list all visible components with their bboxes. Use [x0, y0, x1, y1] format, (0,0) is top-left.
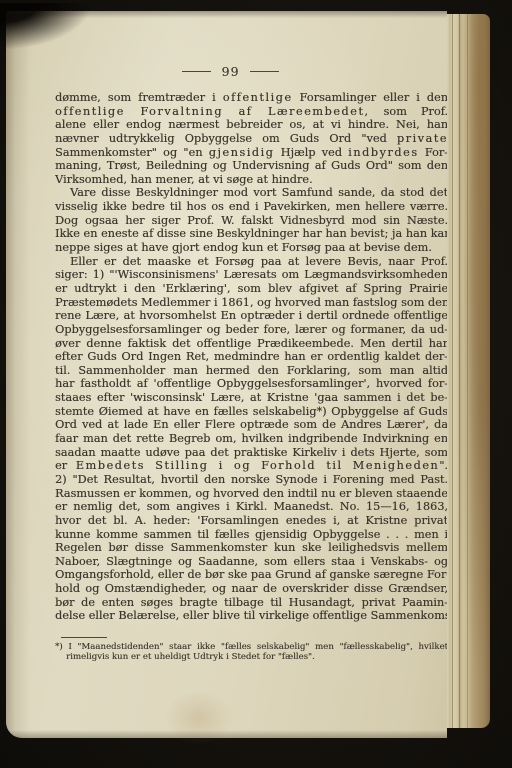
body-line: til. Sammenholder man hermed den Forklar… — [55, 364, 448, 378]
body-line: hold og Omstændigheder, og naar de overs… — [55, 582, 448, 596]
body-line: Præstemødets Medlemmer i 1861, og hvorve… — [55, 296, 448, 310]
footnote-line: rimeligvis kun er et uheldigt Udtryk i S… — [55, 652, 448, 662]
body-line: Sammenkomster" og "en gjensidig Hjælp ve… — [55, 146, 448, 160]
page-header: 99 — [34, 64, 427, 79]
body-line: visselig ikke bedre til hos os end i Pav… — [55, 200, 448, 214]
body-line: alene eller endog nærmest bebreider os, … — [55, 118, 448, 132]
page-edge-line — [467, 14, 468, 728]
footnote-line: *) I "Maanedstidenden" staar ikke "fælle… — [55, 642, 448, 652]
body-line: bør de enten søges bragte tilbage til Hu… — [55, 596, 448, 610]
page-edge-line — [452, 14, 453, 728]
page-edge-line — [459, 14, 460, 728]
body-line: Opbyggelsesforsamlinger og beder fore, l… — [55, 323, 448, 337]
body-line: hvor det bl. A. heder: 'Forsamlingen ene… — [55, 514, 448, 528]
body-line: maning, Trøst, Beiledning og Undervisnin… — [55, 159, 448, 173]
body-line: nævner udtrykkelig Opbyggelse om Guds Or… — [55, 132, 448, 146]
body-line: neppe siges at have gjort endog kun et F… — [55, 241, 448, 255]
body-line: 2) "Det Resultat, hvortil den norske Syn… — [55, 473, 448, 487]
body-line: efter Guds Ord Ingen Ret, medmindre han … — [55, 350, 448, 364]
body-line: delse eller Belærelse, eller blive til v… — [55, 609, 448, 623]
body-line: siger: 1) "'Wisconsinismens' Læresats om… — [55, 268, 448, 282]
body-line: Naboer, Slægtninge og Saadanne, som elle… — [55, 555, 448, 569]
body-line: kunne komme sammen til fælles gjensidig … — [55, 528, 448, 542]
paper-stain — [164, 691, 234, 745]
body-line: Ikke en eneste af disse sine Beskyldning… — [55, 227, 448, 241]
body-line: rene Lære, at hvorsomhelst En optræder i… — [55, 309, 448, 323]
footnote-rule — [61, 637, 107, 638]
body-line: Eller er det maaske et Forsøg paa at lev… — [55, 255, 448, 269]
body-line: Virksomhed, han mener, at vi søge at hin… — [55, 173, 448, 187]
body-line: Regelen bør disse Sammenkomster kun ske … — [55, 541, 448, 555]
body-line: har fastholdt af 'offentlige Opbyggelses… — [55, 377, 448, 391]
body-line: stemte Øiemed at have en fælles selskabe… — [55, 405, 448, 419]
body-line: staaes efter 'wisconsinsk' Lære, at Kris… — [55, 391, 448, 405]
body-line: er Embedets Stilling i og Forhold til Me… — [55, 459, 448, 473]
text-block: 99 dømme, som fremtræder i offentlige Fo… — [55, 64, 448, 663]
corner-shadow — [0, 3, 90, 49]
body-line: Ord ved at lade En eller Flere optræde s… — [55, 418, 448, 432]
page-surface: 99 dømme, som fremtræder i offentlige Fo… — [6, 11, 447, 738]
body-line: Rasmussen er kommen, og hvorved den indt… — [55, 487, 448, 501]
book-photo: 99 dømme, som fremtræder i offentlige Fo… — [0, 0, 512, 768]
body-line: øver denne faktisk det offentlige Prædik… — [55, 337, 448, 351]
body-text: dømme, som fremtræder i offentlige Forsa… — [55, 91, 448, 623]
body-line: Omgangsforhold, eller de bør ske paa Gru… — [55, 568, 448, 582]
body-line: Dog ogsaa her siger Prof. W. falskt Vidn… — [55, 214, 448, 228]
body-line: er udtrykt i den 'Erklæring', som blev a… — [55, 282, 448, 296]
body-line: er nemlig det, som angives i Kirkl. Maan… — [55, 500, 448, 514]
fore-edge-page-stack — [447, 14, 490, 728]
body-line: faar man det rette Begreb om, hvilken in… — [55, 432, 448, 446]
footnote: *) I "Maanedstidenden" staar ikke "fælle… — [55, 642, 448, 663]
body-line: Vare disse Beskyldninger mod vort Samfun… — [55, 186, 448, 200]
page-number: 99 — [222, 64, 240, 79]
header-rule-right — [250, 71, 279, 72]
body-line: offentlige Forvaltning af Læreembedet, s… — [55, 105, 448, 119]
body-line: dømme, som fremtræder i offentlige Forsa… — [55, 91, 448, 105]
header-rule-left — [182, 71, 211, 72]
body-line: saadan maatte udøve paa det praktiske Ki… — [55, 446, 448, 460]
